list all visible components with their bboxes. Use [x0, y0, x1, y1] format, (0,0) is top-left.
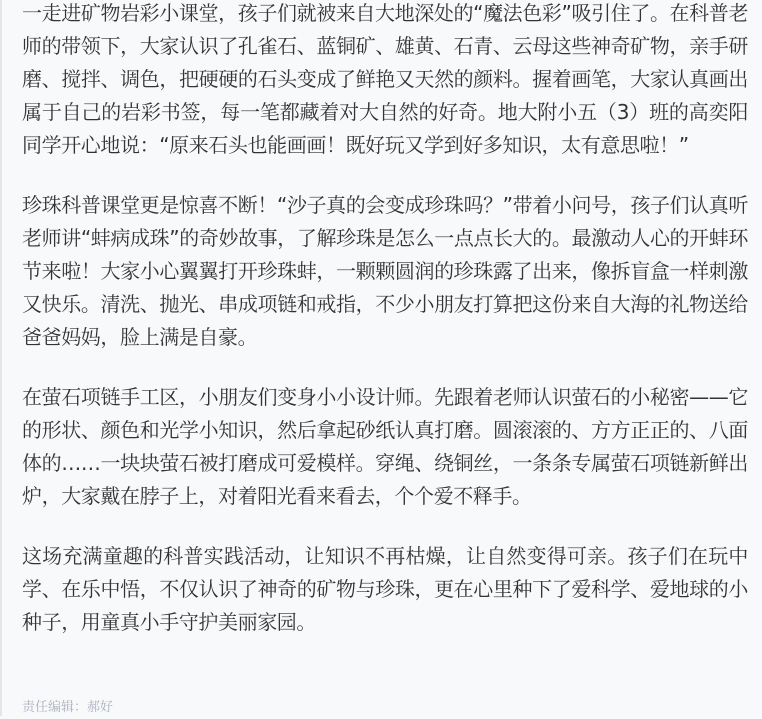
article-body: 一走进矿物岩彩小课堂，孩子们就被来自大地深处的“魔法色彩”吸引住了。在科普老师的…	[0, 0, 762, 716]
paragraph-mineral-painting: 一走进矿物岩彩小课堂，孩子们就被来自大地深处的“魔法色彩”吸引住了。在科普老师的…	[22, 0, 748, 162]
paragraph-conclusion: 这场充满童趣的科普实践活动，让知识不再枯燥，让自然变得可亲。孩子们在玩中学、在乐…	[22, 540, 748, 639]
paragraph-fluorite-necklace: 在萤石项链手工区，小朋友们变身小小设计师。先跟着老师认识萤石的小秘密——它的形状…	[22, 381, 748, 513]
paragraph-pearl-class: 珍珠科普课堂更是惊喜不断！“沙子真的会变成珍珠吗？”带着小问号，孩子们认真听老师…	[22, 189, 748, 354]
responsible-editor: 责任编辑：郝好	[22, 699, 113, 717]
